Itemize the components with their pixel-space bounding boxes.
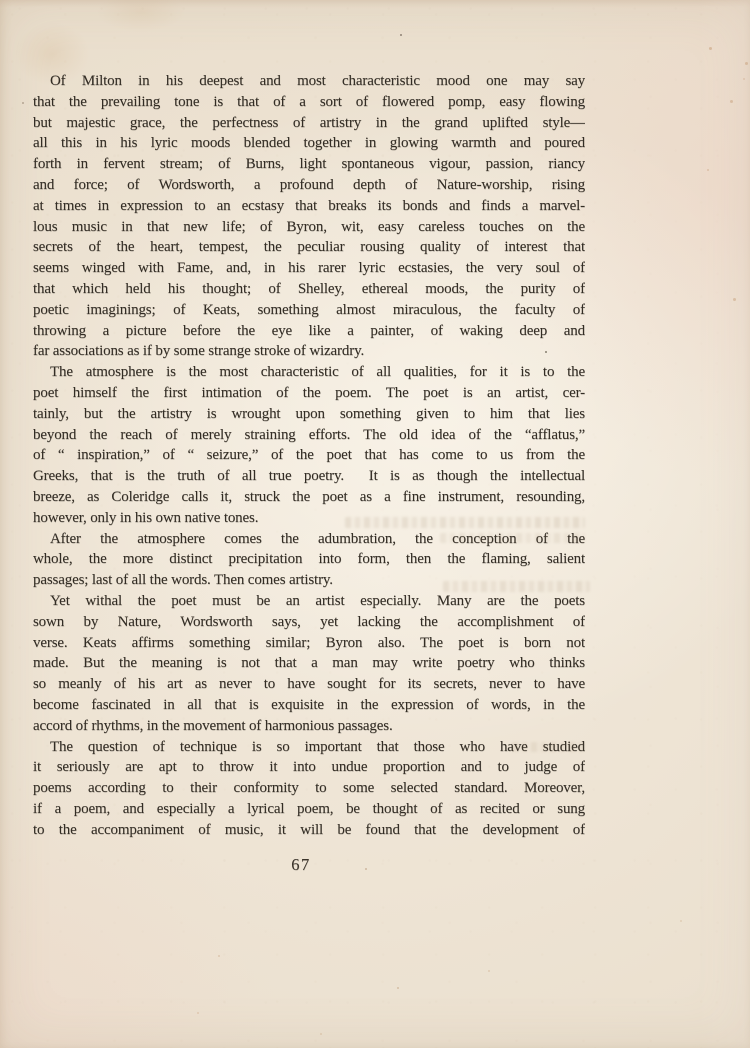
text-line: and force; of Wordsworth, a profound dep… [33, 175, 585, 196]
stain-mark [96, 0, 186, 32]
text-line: After the atmosphere comes the adumbrati… [33, 529, 585, 550]
text-line: The atmosphere is the most characteristi… [33, 362, 585, 383]
foxing-speck [320, 1033, 322, 1035]
text-line: poetic imaginings; of Keats, something a… [33, 300, 585, 321]
foxing-speck [730, 100, 733, 103]
text-line: all this in his lyric moods blended toge… [33, 133, 585, 154]
text-line: but majestic grace, the perfectness of a… [33, 113, 585, 134]
book-page: Of Milton in his deepest and most charac… [0, 0, 750, 1048]
foxing-speck [488, 970, 490, 972]
text-line: poems according to their conformity to s… [33, 778, 585, 799]
text-line: however, only in his own native tones. [33, 508, 585, 529]
text-line: to the accompaniment of music, it will b… [33, 820, 585, 841]
text-line: that the prevailing tone is that of a so… [33, 92, 585, 113]
text-line: accord of rhythms, in the movement of ha… [33, 716, 585, 737]
foxing-speck [709, 47, 712, 50]
foxing-speck [218, 955, 220, 957]
text-line: it seriously are apt to throw it into un… [33, 757, 585, 778]
text-line: throwing a picture before the eye like a… [33, 321, 585, 342]
foxing-speck [22, 102, 24, 104]
page-text: Of Milton in his deepest and most charac… [33, 71, 585, 840]
text-line: secrets of the heart, tempest, the pecul… [33, 237, 585, 258]
text-line: forth in fervent stream; of Burns, light… [33, 154, 585, 175]
foxing-speck [743, 78, 745, 80]
text-line: passages; last of all the words. Then co… [33, 570, 585, 591]
foxing-speck [680, 920, 682, 922]
foxing-speck [707, 169, 709, 171]
text-line: whole, the more distinct precipitation i… [33, 549, 585, 570]
text-line: The question of technique is so importan… [33, 737, 585, 758]
page-number: 67 [33, 855, 569, 875]
text-line: seems winged with Fame, and, in his rare… [33, 258, 585, 279]
text-line: far associations as if by some strange s… [33, 341, 585, 362]
text-line: tainly, but the artistry is wrought upon… [33, 404, 585, 425]
text-line: beyond the reach of merely straining eff… [33, 425, 585, 446]
text-line: made. But the meaning is not that a man … [33, 653, 585, 674]
text-line: breeze, as Coleridge calls it, struck th… [33, 487, 585, 508]
text-line: Yet withal the poet must be an artist es… [33, 591, 585, 612]
foxing-speck [400, 34, 402, 36]
foxing-speck [745, 62, 748, 65]
text-line: at times in expression to an ecstasy tha… [33, 196, 585, 217]
text-line: sown by Nature, Wordsworth says, yet lac… [33, 612, 585, 633]
text-line: that which held his thought; of Shelley,… [33, 279, 585, 300]
text-line: become fascinated in all that is exquisi… [33, 695, 585, 716]
text-line: verse. Keats affirms something similar; … [33, 633, 585, 654]
text-line: Of Milton in his deepest and most charac… [33, 71, 585, 92]
text-line: if a poem, and especially a lyrical poem… [33, 799, 585, 820]
foxing-speck [197, 1012, 199, 1014]
foxing-speck [397, 987, 399, 989]
text-line: of “ inspiration,” of “ seizure,” of the… [33, 445, 585, 466]
text-line: poet himself the first intimation of the… [33, 383, 585, 404]
text-line: lous music in that new life; of Byron, w… [33, 217, 585, 238]
text-line: Greeks, that is the truth of all true po… [33, 466, 585, 487]
text-line: so meanly of his art as never to have so… [33, 674, 585, 695]
foxing-speck [733, 298, 736, 301]
